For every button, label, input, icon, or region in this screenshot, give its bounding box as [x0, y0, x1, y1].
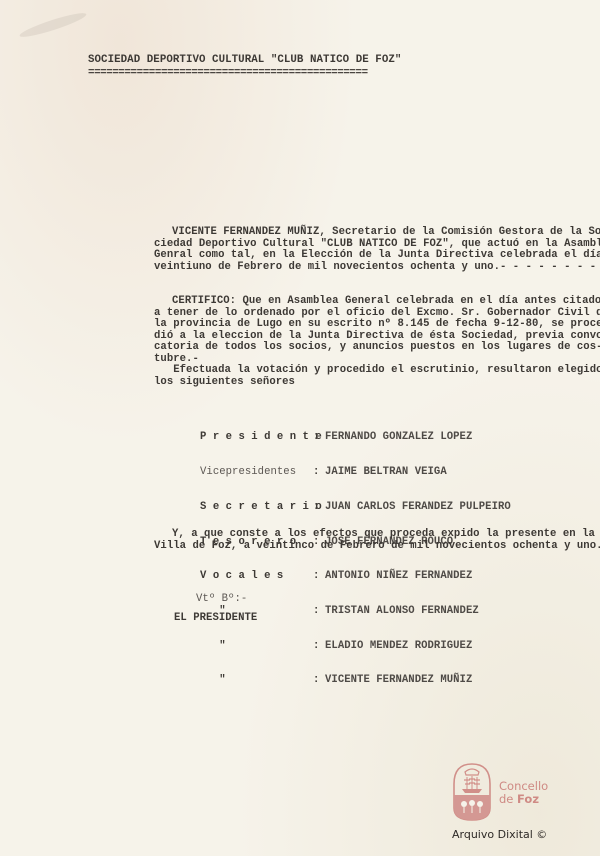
roster-name: VICENTE FERNANDEZ MUÑIZ: [325, 675, 472, 686]
org-line-2-prefix: de: [499, 792, 517, 806]
roster-separator: :: [313, 571, 319, 582]
concello-foz-crest-icon: [452, 762, 492, 822]
roster-separator: :: [313, 502, 319, 513]
roster-row: Vicepresidentes:JAIME BELTRAN VEIGA: [200, 467, 226, 479]
roster-row: V o c a l e s:ANTONIO NIÑEZ FERNANDEZ: [200, 571, 226, 583]
text-line: Efectuada la votación y procedido el esc…: [154, 365, 600, 376]
roster-separator: :: [313, 641, 319, 652]
roster-name: ANTONIO NIÑEZ FERNANDEZ: [325, 571, 472, 582]
roster-name: JUAN CARLOS FERANDEZ PULPEIRO: [325, 502, 511, 513]
roster-name: ELADIO MENDEZ RODRIGUEZ: [325, 641, 472, 652]
text-line: Villa de Foz, a veintinco de Febrero de …: [154, 541, 600, 552]
roster-role: S e c r e t a r i o: [200, 502, 322, 513]
roster-role: ": [200, 675, 226, 686]
header-underline: ========================================…: [88, 68, 368, 79]
scanned-document-page: SOCIEDAD DEPORTIVO CULTURAL "CLUB NATICO…: [0, 0, 600, 856]
text-line: los siguientes señores: [154, 377, 295, 388]
text-line: VICENTE FERNANDEZ MUÑIZ, Secretario de l…: [172, 227, 600, 238]
paragraph-secretary-intro: VICENTE FERNANDEZ MUÑIZ, Secretario de l…: [172, 227, 198, 294]
text-line: catoria de todos los socios, y anuncios …: [154, 342, 600, 353]
text-line: la provincia de Lugo en su escrito nº 8.…: [154, 319, 600, 330]
text-line: veintiuno de Febrero de mil novecientos …: [154, 262, 600, 273]
roster-role: P r e s i d e n t e: [200, 432, 322, 443]
roster-separator: :: [313, 467, 319, 478]
roster-row: S e c r e t a r i o:JUAN CARLOS FERANDEZ…: [200, 502, 226, 514]
roster-name: JAIME BELTRAN VEIGA: [325, 467, 447, 478]
text-line: Genral como tal, en la Elección de la Ju…: [154, 250, 600, 261]
header-title: SOCIEDAD DEPORTIVO CULTURAL "CLUB NATICO…: [88, 55, 401, 66]
roster-separator: :: [313, 675, 319, 686]
approval-mark: Vtº Bº:-: [196, 594, 247, 605]
roster-name: TRISTAN ALONSO FERNANDEZ: [325, 606, 479, 617]
roster-role: Vicepresidentes: [200, 467, 296, 478]
org-line-2-bold: Foz: [517, 792, 539, 806]
margin-smudge: [18, 9, 88, 40]
paragraph-closing: Y, a que conste a los efectos que proced…: [172, 529, 198, 574]
signatory-title: EL PRESIDENTE: [174, 613, 257, 624]
concello-foz-wordmark: Concello de Foz: [499, 780, 548, 806]
roster-name: FERNANDO GONZALEZ LOPEZ: [325, 432, 472, 443]
archive-watermark: Concello de Foz Arquivo Dixital ©: [452, 762, 592, 846]
roster-separator: :: [313, 432, 319, 443]
roster-role: V o c a l e s: [200, 571, 283, 582]
archive-label: Arquivo Dixital ©: [452, 828, 547, 841]
roster-role: ": [200, 641, 226, 652]
text-line: CERTIFICO: Que en Asamblea General celeb…: [172, 296, 600, 307]
text-line: Y, a que conste a los efectos que proced…: [172, 529, 595, 540]
roster-row: ":ELADIO MENDEZ RODRIGUEZ: [200, 641, 226, 653]
roster-row: ":VICENTE FERNANDEZ MUÑIZ: [200, 675, 226, 687]
paragraph-certification: CERTIFICO: Que en Asamblea General celeb…: [172, 296, 198, 408]
org-line-2: de Foz: [499, 793, 548, 806]
roster-separator: :: [313, 606, 319, 617]
roster-row: P r e s i d e n t e:FERNANDO GONZALEZ LO…: [200, 432, 226, 444]
elected-board-list: P r e s i d e n t e:FERNANDO GONZALEZ LO…: [200, 410, 226, 710]
